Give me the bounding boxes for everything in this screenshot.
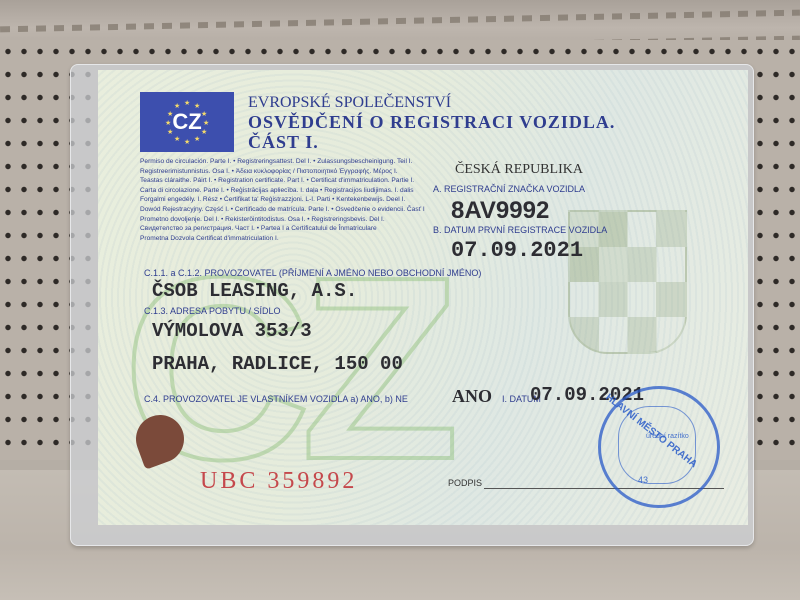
eu-flag-icon: ★ ★ ★ ★ ★ ★ ★ ★ ★ ★ ★ ★ CZ bbox=[140, 92, 234, 152]
translation-line: Prometna Dozvola Certificat d'immatricul… bbox=[140, 234, 440, 244]
operator-name: ČSOB LEASING, A.S. bbox=[152, 280, 357, 302]
stamp-inner-text: úřední razítko bbox=[646, 433, 689, 440]
address-line-1: VÝMOLOVA 353/3 bbox=[152, 320, 312, 342]
translation-line: Permiso de circulación. Parte I. • Regis… bbox=[140, 157, 440, 167]
owner-value: ANO bbox=[452, 386, 492, 407]
translation-line: Свидетелство за регистрация. Част I. • P… bbox=[140, 224, 440, 234]
translations-block: Permiso de circulación. Parte I. • Regis… bbox=[140, 157, 440, 243]
stamp-number: 43 bbox=[638, 475, 648, 485]
translation-line: Carta di circolazione. Parte I. • Reģist… bbox=[140, 186, 440, 196]
serial-number: UBC 359892 bbox=[200, 468, 357, 495]
translation-line: Dowód Rejestracyjny. Część I. • Certific… bbox=[140, 205, 440, 215]
translation-line: Teastas cláraithe. Páirt I. • Registrati… bbox=[140, 176, 440, 186]
registration-number: 8AV9992 bbox=[451, 197, 549, 225]
translation-line: Prometno dovoljenje. Del I. • Rekisteröi… bbox=[140, 215, 440, 225]
address-line-2: PRAHA, RADLICE, 150 00 bbox=[152, 353, 403, 375]
country-name: ČESKÁ REPUBLIKA bbox=[455, 162, 583, 178]
first-registration-date: 07.09.2021 bbox=[451, 238, 583, 263]
header-line-1: EVROPSKÉ SPOLEČENSTVÍ bbox=[248, 94, 451, 112]
registration-number-label: A. REGISTRAČNÍ ZNAČKA VOZIDLA bbox=[433, 184, 585, 194]
owner-label: C.4. PROVOZOVATEL JE VLASTNÍKEM VOZIDLA … bbox=[144, 394, 408, 404]
translation-line: Registreerimistunnistus. Osa I. • Άδεια … bbox=[140, 167, 440, 177]
first-registration-label: B. DATUM PRVNÍ REGISTRACE VOZIDLA bbox=[433, 225, 607, 235]
signature-label: PODPIS bbox=[448, 478, 482, 488]
registration-certificate: CZ ★ ★ ★ ★ ★ ★ ★ ★ ★ ★ ★ ★ CZ EVROPSKÉ S… bbox=[98, 70, 748, 525]
translation-line: Forgalmi engedély. I. Rész • Ċertifikat … bbox=[140, 195, 440, 205]
operator-label: C.1.1. a C.1.2. PROVOZOVATEL (PŘÍJMENÍ A… bbox=[144, 268, 481, 278]
country-code: CZ bbox=[140, 92, 234, 152]
address-label: C.1.3. ADRESA POBYTU / SÍDLO bbox=[144, 306, 281, 316]
document-part: ČÁST I. bbox=[248, 132, 319, 153]
document-title: OSVĚDČENÍ O REGISTRACI VOZIDLA. bbox=[248, 112, 615, 133]
